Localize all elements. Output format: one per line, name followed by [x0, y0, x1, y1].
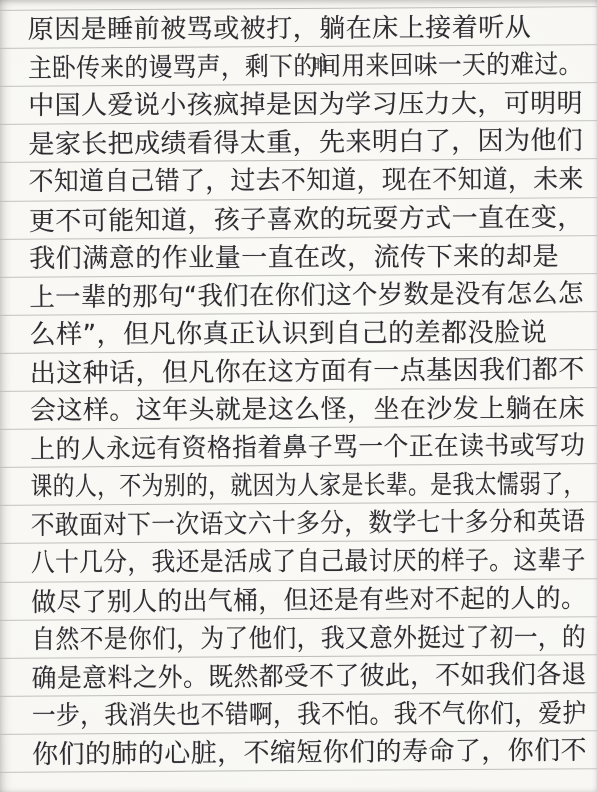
handwritten-line-text: 更不可能知道，孩子喜欢的玩耍方式一直在变，: [29, 199, 584, 239]
handwritten-text: 原因是睡前被骂或被打，躺在床上接着听从主卧传来的谩骂声，剩下的时间用来回味一天的…: [0, 0, 597, 2]
handwritten-line-text: 不知道自己错了，过去不知道，现在不知道，未来: [29, 162, 584, 200]
handwritten-line-text: 会这样。这年头就是这么怪，坐在沙发上躺在床: [30, 391, 585, 429]
handwritten-line: 做尽了别人的出气桶，但还是有些对不起的人的。: [0, 578, 597, 621]
handwritten-line-text: 做尽了别人的出气桶，但还是有些对不起的人的。: [31, 580, 586, 620]
handwritten-line: 上的人永远有资格指着鼻子骂一个正在读书或写功: [0, 426, 597, 469]
handwritten-line: 我们满意的作业量一直在改，流传下来的却是: [0, 236, 597, 276]
handwritten-line: 么样”，但凡你真正认识到自己的差都没脸说: [0, 313, 597, 353]
page-content: 原因是睡前被骂或被打，躺在床上接着听从主卧传来的谩骂声，剩下的时间用来回味一天的…: [0, 0, 597, 792]
handwritten-line: 原因是睡前被骂或被打，躺在床上接着听从: [0, 8, 597, 48]
handwritten-line-text: 我们满意的作业量一直在改，流传下来的却是: [29, 239, 559, 277]
handwritten-line-text: 课的人，不为别的，就因为人家是长辈。是我太懦弱了，: [30, 467, 585, 505]
handwritten-line: 主卧传来的谩骂声，剩下的时间用来回味一天的难过。: [0, 45, 597, 88]
handwritten-line: 会这样。这年头就是这么怪，坐在沙发上躺在床: [0, 389, 597, 429]
inserted-char-above-line: 时: [314, 58, 328, 73]
notebook-page: 原因是睡前被骂或被打，躺在床上接着听从主卧传来的谩骂声，剩下的时间用来回味一天的…: [0, 0, 597, 792]
handwritten-line: 一步，我消失也不错啊，我不怕。我不气你们，爱护: [0, 694, 597, 734]
handwritten-line-text: 上的人永远有资格指着鼻子骂一个正在读书或写功: [30, 428, 585, 468]
handwritten-line-text: 上一辈的那句“我们在你们这个岁数是没有怎么怎: [29, 275, 584, 315]
handwritten-line-text: 自然不是你们，为了他们，我又意外挺过了初一，的: [31, 619, 586, 657]
handwritten-line-text: 确是意料之外。既然都受不了彼此，不如我们各退: [32, 656, 587, 696]
handwritten-line-text: 么样”，但凡你真正认识到自己的差都没脸说: [30, 315, 548, 353]
handwritten-line: 是家长把成绩看得太重，先来明白了，因为他们: [0, 121, 597, 164]
handwritten-line-text: 中国人爱说小孩疯掉是因为学习压力大，可明明: [28, 86, 583, 124]
handwritten-line: 更不可能知道，孩子喜欢的玩耍方式一直在变，: [0, 197, 597, 240]
handwritten-line: 不知道自己错了，过去不知道，现在不知道，未来: [0, 160, 597, 200]
handwritten-line-text: 你们的肺的心脏，不缩短你们的寿命了，你们不: [32, 733, 587, 773]
handwritten-line-text: 原因是睡前被骂或被打，躺在床上接着听从: [28, 10, 532, 48]
handwritten-line-text: 一步，我消失也不错啊，我不怕。我不气你们，爱护: [32, 696, 587, 734]
handwritten-line: 确是意料之外。既然都受不了彼此，不如我们各退: [0, 654, 597, 697]
handwritten-line-text: 是家长把成绩看得太重，先来明白了，因为他们: [28, 123, 583, 163]
handwritten-line: 不敢面对下一次语文六十多分，数学七十多分和英语: [0, 502, 597, 545]
handwritten-line-text: 八十几分，我还是活成了自己最讨厌的样子。这辈子: [31, 543, 586, 581]
handwritten-line-text: 不敢面对下一次语文六十多分，数学七十多分和英语: [31, 504, 586, 544]
handwritten-line: 上一辈的那句“我们在你们这个岁数是没有怎么怎: [0, 273, 597, 316]
handwritten-line-text: 主卧传来的谩骂声，剩下的时间用来回味一天的难过。: [28, 47, 583, 87]
line-segment-before-insert: 主卧传来的谩骂声，剩下的: [28, 52, 318, 84]
handwritten-line-text: 出这种话，但凡你在这方面有一点基因我们都不: [30, 352, 585, 392]
rule-lines: [0, 0, 597, 2]
handwritten-line: 中国人爱说小孩疯掉是因为学习压力大，可明明: [0, 84, 597, 124]
handwritten-line: 课的人，不为别的，就因为人家是长辈。是我太懦弱了，: [0, 465, 597, 505]
handwritten-line: 你们的肺的心脏，不缩短你们的寿命了，你们不: [0, 730, 597, 773]
handwritten-line: 自然不是你们，为了他们，我又意外挺过了初一，的: [0, 617, 597, 657]
line-segment-after-insert: 间用来回味一天的难过。: [317, 50, 583, 82]
handwritten-line: 出这种话，但凡你在这方面有一点基因我们都不: [0, 349, 597, 392]
handwritten-line: 八十几分，我还是活成了自己最讨厌的样子。这辈子: [0, 541, 597, 581]
